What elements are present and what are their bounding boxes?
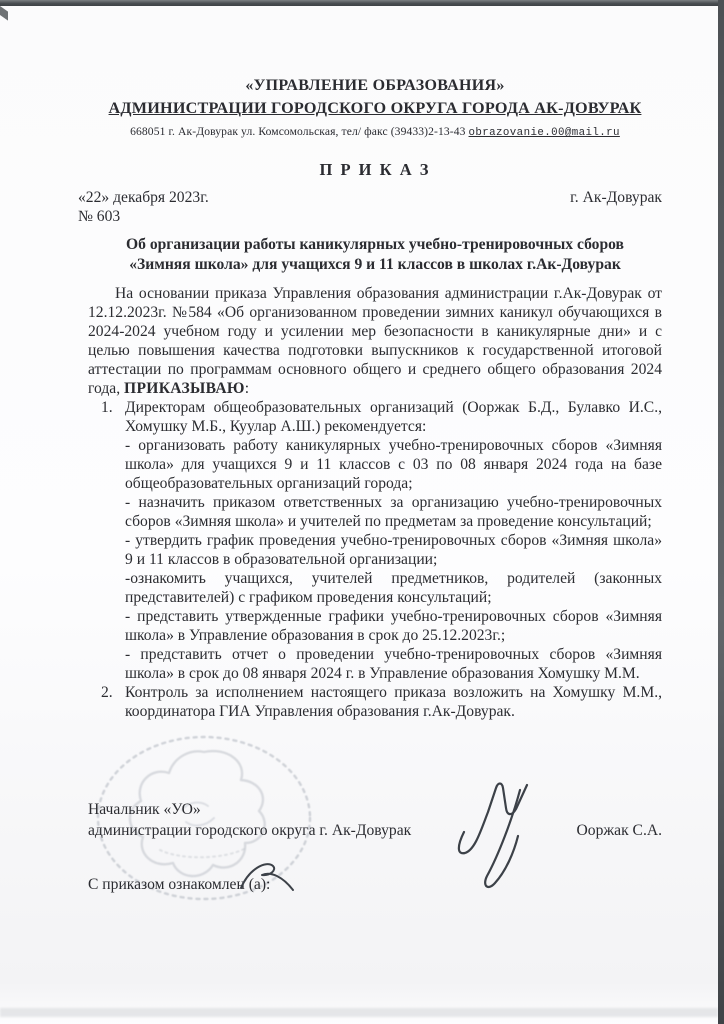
item-text: Контроль за исполнением настоящего прика… xyxy=(125,684,662,720)
order-subitem: - представить утвержденные графики учебн… xyxy=(88,607,662,645)
signatory-name: Ооржак С.А. xyxy=(577,820,662,841)
scan-top-edge xyxy=(0,0,724,6)
org-address: 668051 г. Ак-Довурак ул. Комсомольская, … xyxy=(130,125,465,138)
document-body: «УПРАВЛЕНИЕ ОБРАЗОВАНИЯ» АДМИНИСТРАЦИИ Г… xyxy=(88,76,662,721)
order-subitem: - представить отчет о проведении учебно-… xyxy=(88,645,662,683)
order-subitem: - организовать работу каникулярных учебн… xyxy=(88,436,662,493)
scanned-order-document: «УПРАВЛЕНИЕ ОБРАЗОВАНИЯ» АДМИНИСТРАЦИИ Г… xyxy=(0,0,724,1024)
order-subitem: - назначить приказом ответственных за ор… xyxy=(88,493,662,531)
org-name-line2: АДМИНИСТРАЦИИ ГОРОДСКОГО ОКРУГА ГОРОДА А… xyxy=(88,98,662,118)
order-subitem: - утвердить график проведения учебно-тре… xyxy=(88,531,662,569)
order-item-2: 2. Контроль за исполнением настоящего пр… xyxy=(88,683,662,721)
date-place-row: «22» декабря 2023г. г. Ак-Довурак xyxy=(78,188,662,207)
director-signature xyxy=(450,760,560,890)
item-number: 2. xyxy=(101,683,113,702)
item-text: Директорам общеобразовательных организац… xyxy=(125,399,662,435)
preamble-colon: : xyxy=(245,380,249,397)
signatory-position-line1: Начальник «УО» xyxy=(88,799,662,820)
doc-place: г. Ак-Довурак xyxy=(570,188,662,207)
doc-date: «22» декабря 2023г. xyxy=(78,188,209,207)
doc-number: № 603 xyxy=(78,207,662,226)
doc-subject-line1: Об организации работы каникулярных учебн… xyxy=(88,235,662,255)
acknowledgement-signature xyxy=(236,856,302,902)
doc-type-heading: П Р И К А З xyxy=(88,160,662,180)
doc-preamble: На основании приказа Управления образова… xyxy=(88,284,662,398)
order-subitem: -ознакомить учащихся, учителей предметни… xyxy=(88,569,662,607)
org-address-line: 668051 г. Ак-Довурак ул. Комсомольская, … xyxy=(88,122,662,143)
doc-subject: Об организации работы каникулярных учебн… xyxy=(88,235,662,275)
org-email-link: obrazovanie.00@mail.ru xyxy=(469,127,620,139)
doc-subject-line2: «Зимняя школа» для учащихся 9 и 11 класс… xyxy=(88,255,662,275)
scan-bottom-shadow xyxy=(0,1008,718,1017)
order-item-1: 1. Директорам общеобразовательных органи… xyxy=(88,398,662,436)
letterhead: «УПРАВЛЕНИЕ ОБРАЗОВАНИЯ» АДМИНИСТРАЦИИ Г… xyxy=(88,76,662,143)
org-name-line1: «УПРАВЛЕНИЕ ОБРАЗОВАНИЯ» xyxy=(88,76,662,96)
signatory-row: администрации городского округа г. Ак-До… xyxy=(88,820,662,841)
item-number: 1. xyxy=(101,398,113,417)
signatory-position-line2: администрации городского округа г. Ак-До… xyxy=(88,820,411,841)
scan-corner-notch xyxy=(0,6,8,21)
prikaz-keyword: ПРИКАЗЫВАЮ xyxy=(124,380,245,397)
signature-block: Начальник «УО» администрации городского … xyxy=(88,799,662,841)
scan-right-edge xyxy=(718,0,724,1024)
